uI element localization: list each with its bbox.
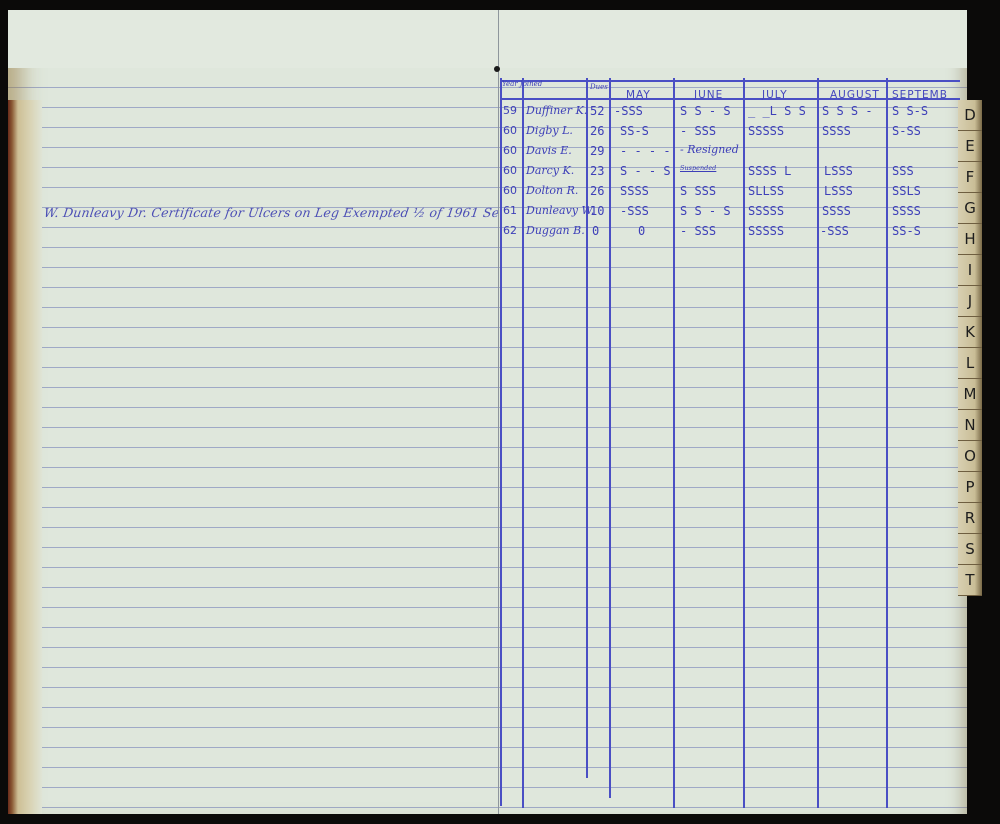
row-may: SS-S — [620, 123, 649, 139]
index-tab-h[interactable]: H — [958, 224, 982, 255]
row-july: SLLSS — [748, 183, 784, 199]
row-may: -SSS — [620, 203, 649, 219]
index-tab-m[interactable]: M — [958, 379, 982, 410]
row-name: Dolton R. — [526, 183, 578, 199]
index-tab-e[interactable]: E — [958, 131, 982, 162]
row-year: 60 — [503, 123, 517, 139]
row-june-suspended: Suspended — [680, 160, 716, 176]
column-rule — [743, 78, 745, 808]
row-name: Dunleavy W. — [526, 203, 594, 219]
row-august: -SSS — [820, 223, 849, 239]
row-september: SSSS — [892, 203, 921, 219]
row-year: 59 — [503, 103, 517, 119]
row-dues: 26 — [590, 123, 604, 139]
row-september: S-SS — [892, 123, 921, 139]
row-june: S S - S — [680, 203, 731, 219]
column-rule — [673, 78, 675, 808]
row-august: SSSS — [822, 123, 851, 139]
row-name: Digby L. — [526, 123, 573, 139]
column-rule — [817, 78, 819, 808]
index-tab-d[interactable]: D — [958, 100, 982, 131]
index-tab-s[interactable]: S — [958, 534, 982, 565]
header-dues: Dues — [590, 83, 608, 91]
row-september: SS-S — [892, 223, 921, 239]
index-tab-f[interactable]: F — [958, 162, 982, 193]
row-august: LSSS — [824, 183, 853, 199]
index-tab-k[interactable]: K — [958, 317, 982, 348]
row-july: SSSSS — [748, 123, 784, 139]
row-name: Duggan B. — [526, 223, 585, 239]
row-august: S S S - — [822, 103, 873, 119]
row-july: SSSSS — [748, 203, 784, 219]
column-rule — [586, 78, 588, 778]
header-may: MAY — [626, 87, 651, 103]
attendance-ledger: Year Joined Dues MAY JUNE JULY AUGUST SE… — [500, 70, 952, 800]
row-september: SSLS — [892, 183, 921, 199]
row-june: S SSS — [680, 183, 716, 199]
header-bottom-rule — [500, 98, 960, 100]
alphabet-index-tabs: D E F G H I J K L M N O P R S T — [958, 100, 984, 620]
row-dues: 10 — [590, 203, 604, 219]
column-rule — [500, 78, 502, 806]
row-year: 61 — [503, 203, 517, 219]
row-july: _ _L S S — [748, 103, 806, 119]
index-tab-l[interactable]: L — [958, 348, 982, 379]
row-may: - - - - — [620, 143, 671, 159]
row-dues: 26 — [590, 183, 604, 199]
row-year: 60 — [503, 163, 517, 179]
index-tab-i[interactable]: I — [958, 255, 982, 286]
column-rule — [522, 78, 524, 808]
index-tab-n[interactable]: N — [958, 410, 982, 441]
row-year: 62 — [503, 223, 517, 239]
right-page-top-margin — [499, 10, 967, 68]
row-june: S S - S — [680, 103, 731, 119]
left-page-top-margin — [8, 10, 498, 68]
row-name: Darcy K. — [526, 163, 574, 179]
index-tab-p[interactable]: P — [958, 472, 982, 503]
row-september: SSS — [892, 163, 914, 179]
row-september: S S-S — [892, 103, 928, 119]
header-july: JULY — [762, 87, 788, 103]
row-may: -SSS — [614, 103, 643, 119]
header-year-joined: Year Joined — [502, 80, 542, 88]
row-july: SSSS L — [748, 163, 791, 179]
column-rule — [886, 78, 888, 808]
row-dues: 0 — [592, 223, 599, 239]
row-july: SSSSS — [748, 223, 784, 239]
index-tab-j[interactable]: J — [958, 286, 982, 317]
index-tab-o[interactable]: O — [958, 441, 982, 472]
row-dues: 29 — [590, 143, 604, 159]
handwritten-note: W. Dunleavy Dr. Certificate for Ulcers o… — [43, 205, 531, 220]
index-tab-t[interactable]: T — [958, 565, 982, 596]
row-august: SSSS — [822, 203, 851, 219]
row-dues: 52 — [590, 103, 604, 119]
index-tab-g[interactable]: G — [958, 193, 982, 224]
row-dues: 23 — [590, 163, 604, 179]
index-tab-r[interactable]: R — [958, 503, 982, 534]
row-year: 60 — [503, 183, 517, 199]
row-may: 0 — [638, 223, 645, 239]
row-may: SSSS — [620, 183, 649, 199]
header-september: SEPTEMB — [892, 87, 948, 103]
row-year: 60 — [503, 143, 517, 159]
row-may: S - - S — [620, 163, 671, 179]
row-august: LSSS — [824, 163, 853, 179]
row-june: - SSS — [680, 223, 716, 239]
row-name: Davis E. — [526, 143, 572, 159]
header-june: JUNE — [694, 87, 723, 103]
header-august: AUGUST — [830, 87, 880, 103]
left-page: W. Dunleavy Dr. Certificate for Ulcers o… — [8, 10, 498, 814]
header-top-rule — [500, 80, 960, 82]
row-june: - SSS — [680, 123, 716, 139]
book-spine-edge — [8, 100, 42, 814]
row-name: Duffiner K. — [526, 103, 587, 119]
row-june-resigned: - Resigned — [680, 142, 739, 158]
column-rule — [609, 78, 611, 798]
